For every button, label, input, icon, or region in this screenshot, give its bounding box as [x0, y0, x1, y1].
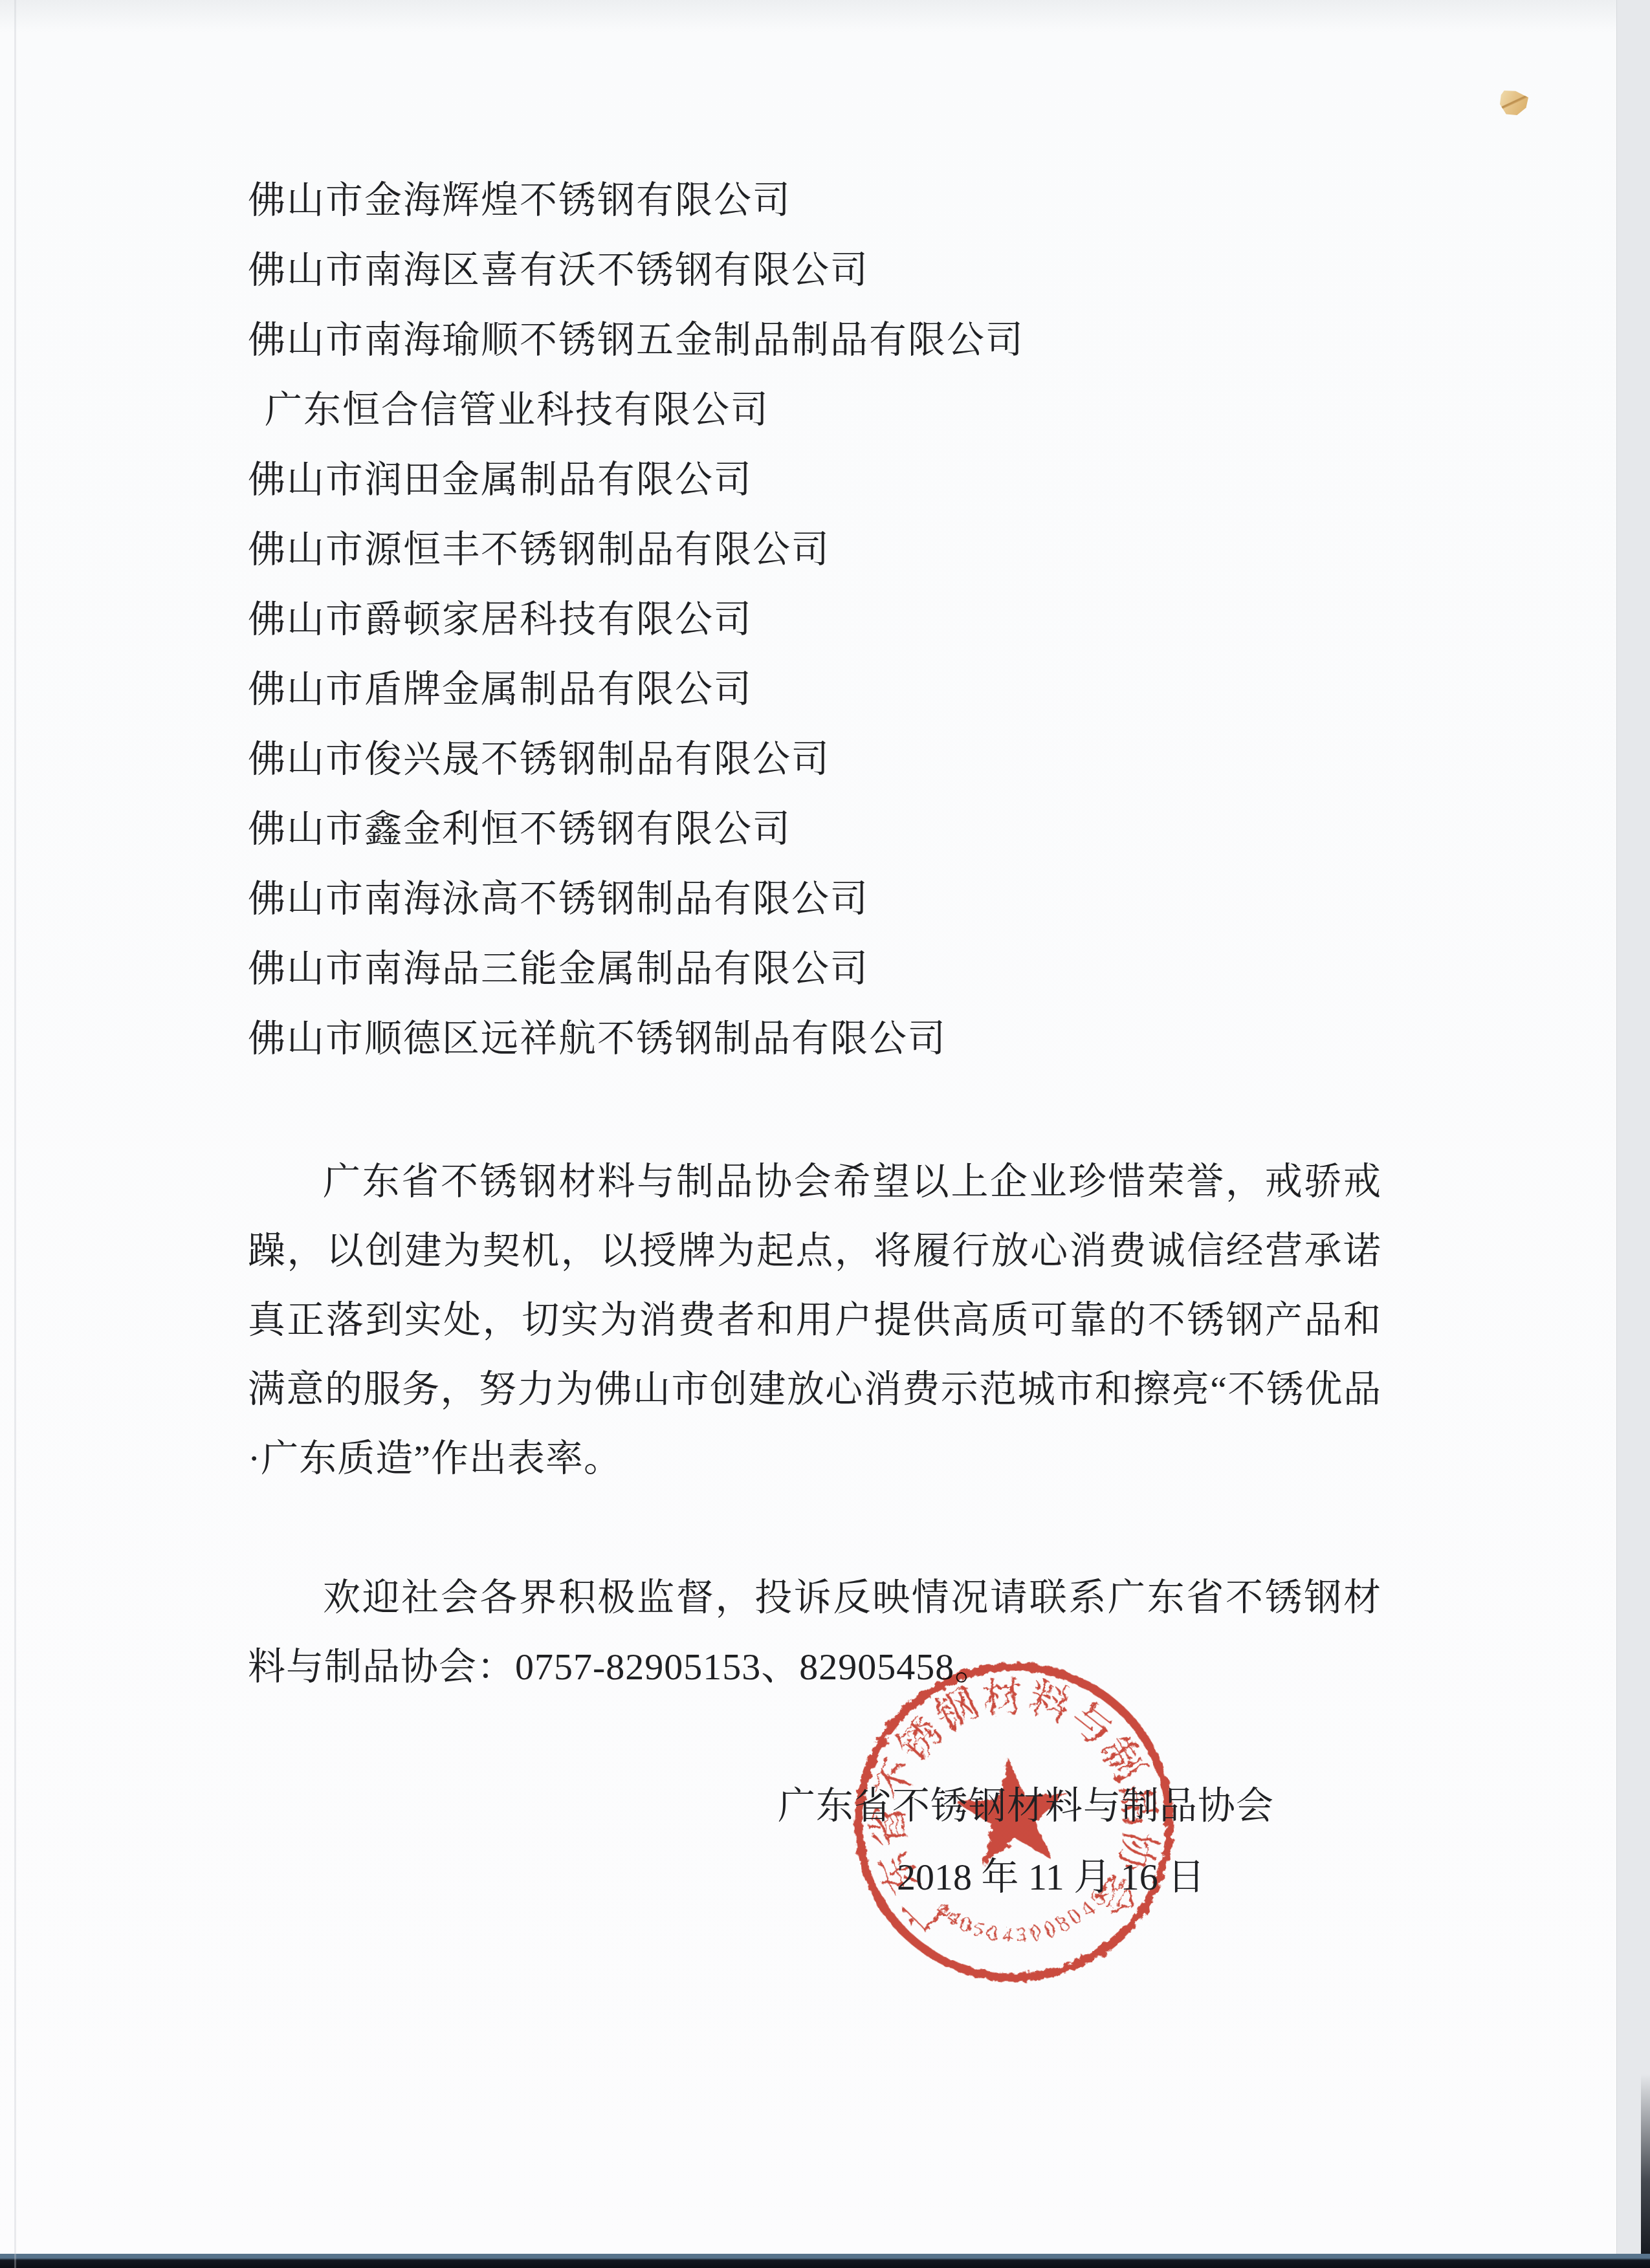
body-paragraph-2: 欢迎社会各界积极监督，投诉反映情况请联系广东省不锈钢材料与制品协会：0757-8…	[248, 1563, 1381, 1701]
body-paragraph-1: 广东省不锈钢材料与制品协会希望以上企业珍惜荣誉，戒骄戒躁，以创建为契机，以授牌为…	[248, 1147, 1381, 1493]
company-item: 佛山市鑫金利恒不锈钢有限公司	[248, 794, 1024, 864]
signature-date: 2018 年 11 月 16 日	[897, 1846, 1205, 1901]
company-item: 佛山市顺德区远祥航不锈钢制品有限公司	[248, 1004, 1024, 1074]
company-item: 佛山市润田金属制品有限公司	[248, 445, 1024, 515]
company-item: 佛山市俊兴晟不锈钢制品有限公司	[248, 725, 1024, 794]
scanner-edge-right	[1616, 0, 1650, 2268]
scanned-letter-page: 佛山市金海辉煌不锈钢有限公司 佛山市南海区喜有沃不锈钢有限公司 佛山市南海瑜顺不…	[0, 0, 1650, 2268]
company-item: 佛山市南海泳高不锈钢制品有限公司	[248, 864, 1024, 934]
company-item: 佛山市金海辉煌不锈钢有限公司	[248, 166, 1024, 235]
scanner-corner-shadow	[1641, 2074, 1650, 2268]
company-item: 广东恒合信管业科技有限公司	[248, 375, 1024, 445]
company-item: 佛山市源恒丰不锈钢制品有限公司	[248, 515, 1024, 585]
company-item: 佛山市盾牌金属制品有限公司	[248, 655, 1024, 725]
scanner-fold-line	[14, 0, 16, 2268]
scanner-edge-bottom	[0, 2254, 1650, 2268]
company-list: 佛山市金海辉煌不锈钢有限公司 佛山市南海区喜有沃不锈钢有限公司 佛山市南海瑜顺不…	[248, 166, 1024, 1074]
signature-organization: 广东省不锈钢材料与制品协会	[778, 1775, 1274, 1829]
company-item: 佛山市南海区喜有沃不锈钢有限公司	[248, 235, 1024, 305]
paper-defect-mark	[1500, 91, 1528, 115]
company-item: 佛山市南海品三能金属制品有限公司	[248, 934, 1024, 1004]
company-item: 佛山市南海瑜顺不锈钢五金制品制品有限公司	[248, 305, 1024, 375]
company-item: 佛山市爵顿家居科技有限公司	[248, 585, 1024, 655]
